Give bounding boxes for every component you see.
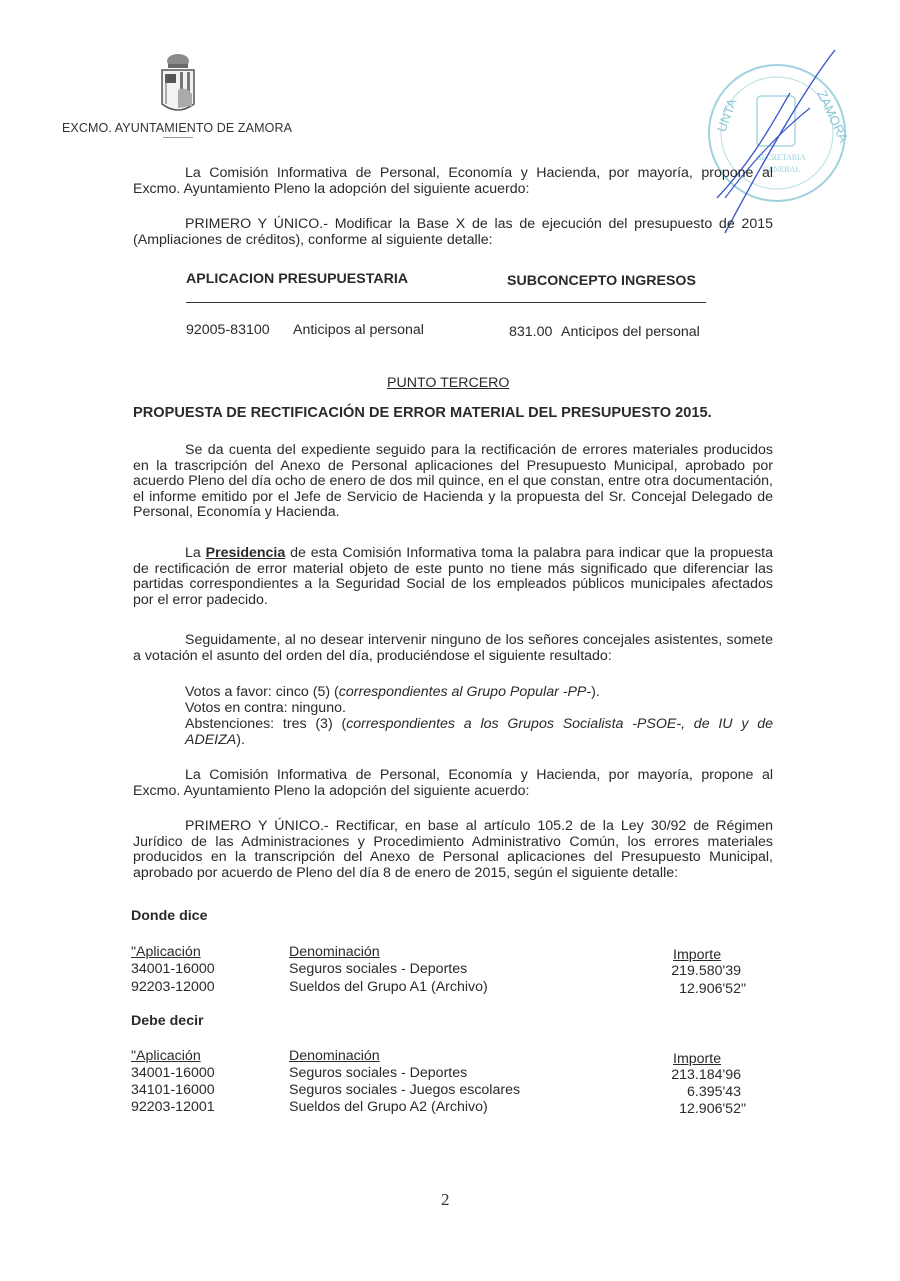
page-number: 2 [441,1190,450,1210]
paragraph-presidencia: La Presidencia de esta Comisión Informat… [133,546,773,608]
intro-paragraph: La Comisión Informativa de Personal, Eco… [133,166,773,197]
vote-favor: Votos a favor: cinco (5) (correspondient… [185,685,773,701]
punto-label: PUNTO TERCERO [387,375,509,391]
paragraph-propuesta: La Comisión Informativa de Personal, Eco… [133,768,773,799]
table-header-subconcepto: SUBCONCEPTO INGRESOS [507,273,696,289]
organization-name: EXCMO. AYUNTAMIENTO DE ZAMORA [62,121,292,135]
debe-decir-label: Debe decir [131,1013,204,1029]
vote-abstenciones: Abstenciones: tres (3) (correspondientes… [185,717,773,748]
donde-dice-table: "Aplicación Denominación Importe 34001-1… [131,943,751,1003]
header-divider [163,137,193,138]
debe-decir-table: "Aplicación Denominación Importe 34001-1… [131,1047,751,1127]
paragraph-rectificar: PRIMERO Y ÚNICO.- Rectificar, en base al… [133,819,773,881]
coat-of-arms-icon [158,52,198,116]
paragraph-expediente: Se da cuenta del expediente seguido para… [133,443,773,521]
punto-title: PROPUESTA DE RECTIFICACIÓN DE ERROR MATE… [133,405,712,421]
table-header-rule [186,302,706,303]
table-header-aplicacion: APLICACION PRESUPUESTARIA [186,271,408,287]
presidencia-term: Presidencia [206,545,286,561]
official-seal-stamp-icon: UNTA ZAMORA SECRETARIA GENERAL [695,48,855,238]
donde-dice-label: Donde dice [131,908,207,924]
vote-contra: Votos en contra: ninguno. [185,701,773,717]
paragraph-votacion: Seguidamente, al no desear intervenir ni… [133,633,773,664]
acuerdo-paragraph: PRIMERO Y ÚNICO.- Modificar la Base X de… [133,217,773,248]
